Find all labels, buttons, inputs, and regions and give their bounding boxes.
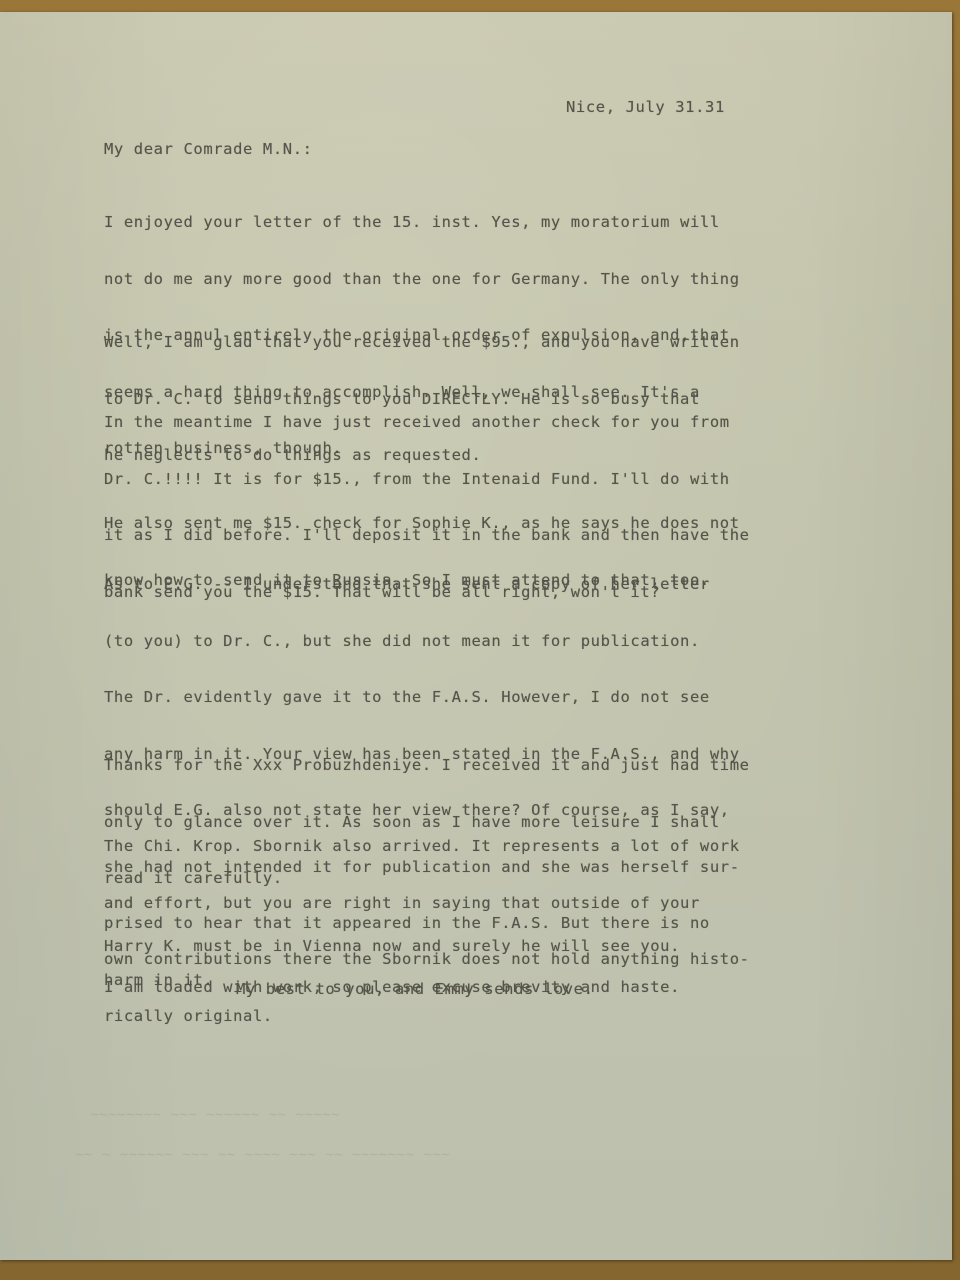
text-line: Thanks for the Xxx Probuzhdeniye. I rece… xyxy=(104,755,750,776)
show-through-text: ~~~~~~~~ ~~~ ~~~~~~ ~~ ~~~~~ xyxy=(90,1107,340,1123)
text-line: The Chi. Krop. Sbornik also arrived. It … xyxy=(104,836,750,857)
salutation: My dear Comrade M.N.: xyxy=(104,140,313,158)
text-line: As to E.G. -- I understand that she sent… xyxy=(104,574,740,595)
text-line: (to you) to Dr. C., but she did not mean… xyxy=(104,631,740,652)
closing: My best to you, and Emmy sends love. xyxy=(236,980,594,998)
text-line: He also sent me $15. check for Sophie K.… xyxy=(104,513,740,534)
dateline: Nice, July 31.31 xyxy=(566,98,725,116)
text-line: The Dr. evidently gave it to the F.A.S. … xyxy=(104,687,740,708)
letter-page: Nice, July 31.31 My dear Comrade M.N.: I… xyxy=(0,12,952,1260)
text-line: Well, I am glad that you received the $9… xyxy=(104,332,740,353)
text-line: not do me any more good than the one for… xyxy=(104,269,740,290)
show-through-text: ~~ ~ ~~~~~~ ~~~ ~~ ~~~~ ~~~ ~~ ~~~~~~~ ~… xyxy=(75,1147,450,1163)
text-line: In the meantime I have just received ano… xyxy=(104,412,750,433)
text-line: I enjoyed your letter of the 15. inst. Y… xyxy=(104,212,740,233)
